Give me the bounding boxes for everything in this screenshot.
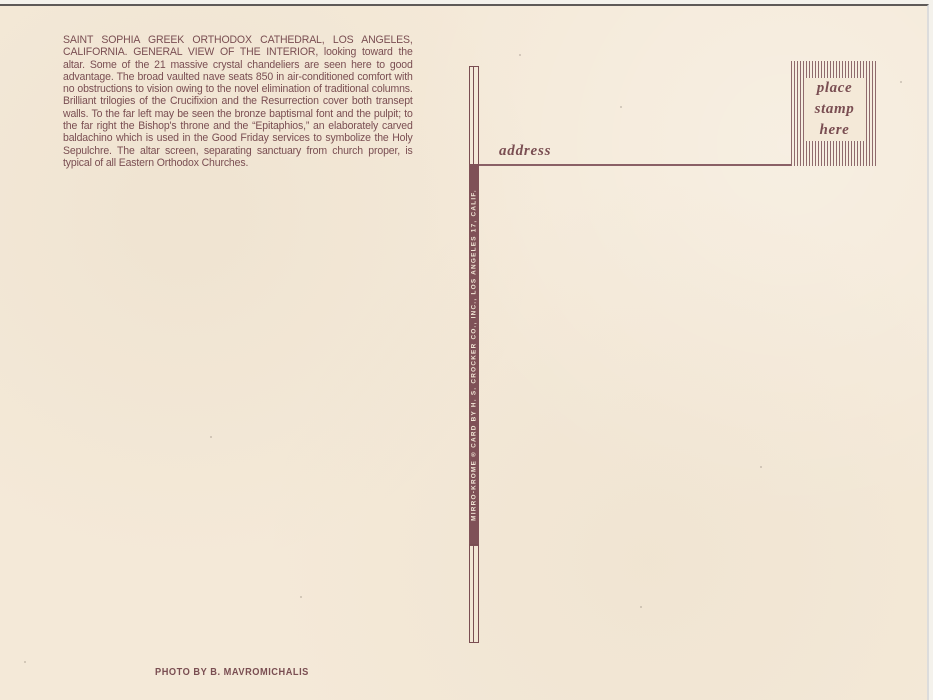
- paper-speck: [900, 81, 902, 83]
- stamp-line-here: here: [804, 120, 866, 141]
- paper-speck: [519, 54, 521, 56]
- photo-credit: PHOTO BY B. MAVROMICHALIS: [155, 666, 309, 678]
- card-description: SAINT SOPHIA GREEK ORTHODOX CATHEDRAL, L…: [63, 34, 413, 169]
- stamp-box-text: place stamp here: [791, 78, 878, 141]
- divider-rule-bottom: [469, 544, 479, 643]
- publisher-imprint: MIRRO-KROME ® CARD BY H. S. CROCKER CO.,…: [471, 189, 478, 521]
- center-divider: MIRRO-KROME ® CARD BY H. S. CROCKER CO.,…: [469, 66, 479, 643]
- description-body: looking toward the altar. Some of the 21…: [63, 46, 413, 169]
- paper-speck: [620, 106, 622, 108]
- stamp-line-place: place: [804, 78, 866, 99]
- stamp-line-stamp: stamp: [804, 99, 866, 120]
- postcard-back: SAINT SOPHIA GREEK ORTHODOX CATHEDRAL, L…: [0, 4, 929, 700]
- paper-speck: [300, 596, 302, 598]
- paper-speck: [24, 661, 26, 663]
- paper-speck: [210, 436, 212, 438]
- address-label: address: [499, 143, 551, 160]
- divider-publisher-band: MIRRO-KROME ® CARD BY H. S. CROCKER CO.,…: [469, 164, 479, 546]
- paper-speck: [640, 606, 642, 608]
- divider-rule-top: [469, 66, 479, 166]
- stamp-box: place stamp here: [791, 61, 878, 166]
- paper-speck: [760, 466, 762, 468]
- address-line: [479, 164, 792, 166]
